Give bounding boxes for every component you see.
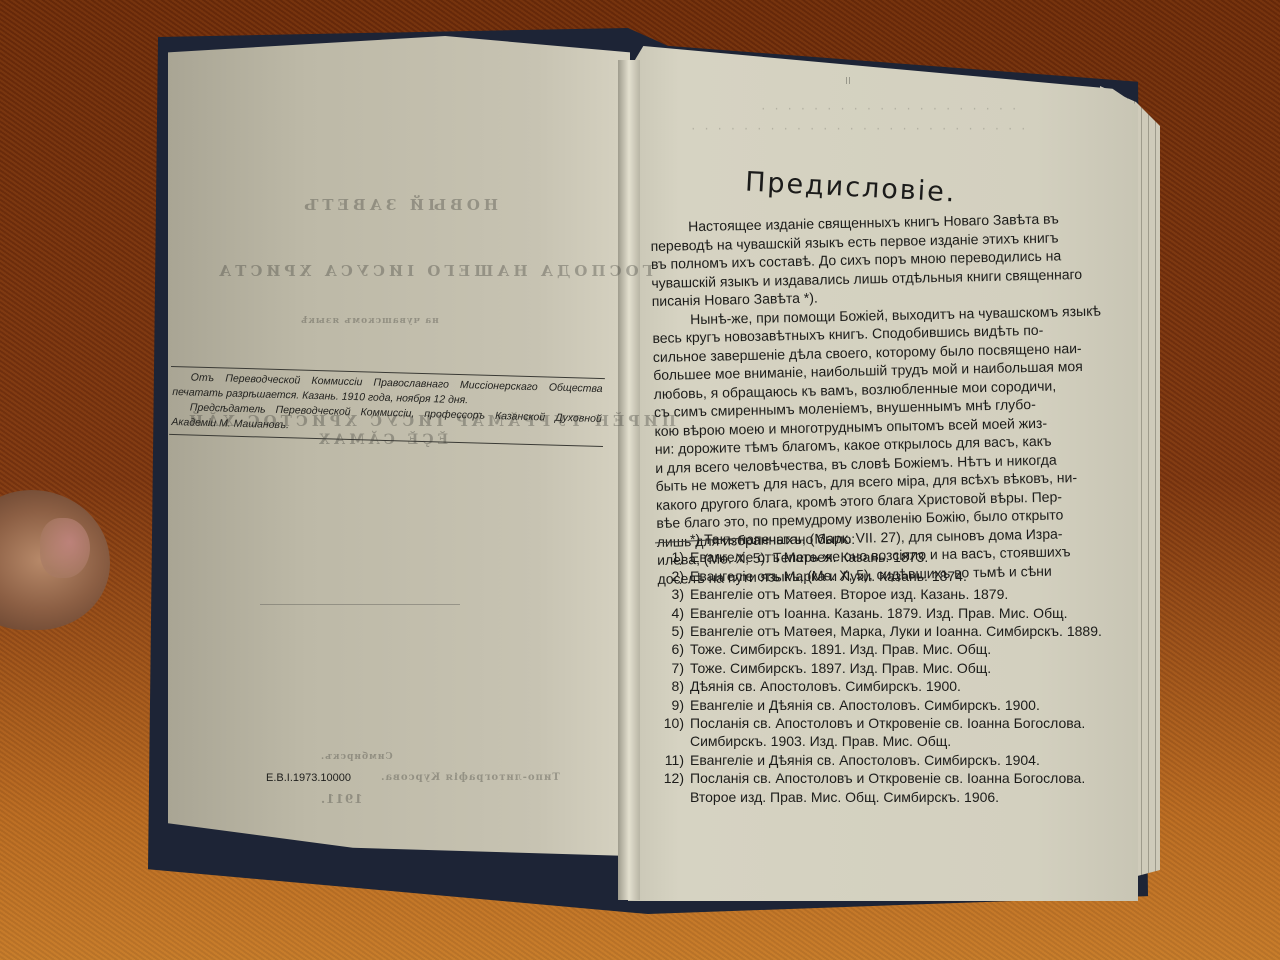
footnote-text: Посланія св. Апостоловъ и Откровеніе св.… <box>690 769 1130 806</box>
running-head: II <box>845 76 851 87</box>
faint-title-line2: ГОСПОДА НАШЕГО ІИСУСА ХРИСТА <box>215 262 653 280</box>
footnote-item: 2)Евангеліе отъ Марка и Луки. Казань. 18… <box>660 567 1130 585</box>
footnote-text: Дѣянія св. Апостоловъ. Симбирскъ. 1900. <box>690 677 1130 695</box>
footnote-number: 6) <box>660 640 690 658</box>
book-gutter <box>618 60 640 900</box>
footnote-text: Евангеліе отъ Марка и Луки. Казань. 1874… <box>690 567 1130 585</box>
footnote-text: Посланія св. Апостоловъ и Откровеніе св.… <box>690 714 1130 751</box>
footnote-item: 5)Евангеліе отъ Матѳея, Марка, Луки и Іо… <box>660 622 1130 640</box>
library-stamp: E.B.I.1973.10000 <box>266 772 351 784</box>
faint-title-line1: НОВЫЙ ЗАВЕТЪ <box>300 196 498 214</box>
footnote-text: Евангеліе отъ Матѳея. Казань. 1873. <box>690 548 1130 566</box>
footnote-text: Евангеліе и Дѣянія св. Апостоловъ. Симби… <box>690 696 1130 714</box>
footnote-item: 1)Евангеліе отъ Матѳея. Казань. 1873. <box>660 548 1130 566</box>
footnote-item: 7)Тоже. Симбирскъ. 1897. Изд. Прав. Мис.… <box>660 659 1130 677</box>
footnote-number: 11) <box>660 751 690 769</box>
footnote-item: 4)Евангеліе отъ Іоанна. Казань. 1879. Из… <box>660 604 1130 622</box>
footnote-number: 2) <box>660 567 690 585</box>
footnote-number: 7) <box>660 659 690 677</box>
footnote-text: Тоже. Симбирскъ. 1891. Изд. Прав. Мис. О… <box>690 640 1130 658</box>
footnote-item: 10)Посланія св. Апостоловъ и Откровеніе … <box>660 714 1130 751</box>
footnote-item: 12)Посланія св. Апостоловъ и Откровеніе … <box>660 769 1130 806</box>
footnote-item: 9)Евангеліе и Дѣянія св. Апостоловъ. Сим… <box>660 696 1130 714</box>
footnote-text: Евангеліе и Дѣянія св. Апостоловъ. Симби… <box>690 751 1130 769</box>
printing-permission-block: Отъ Переводческой Коммиссіи Православнаг… <box>169 366 605 447</box>
footnote-text: Тоже. Симбирскъ. 1897. Изд. Прав. Мис. О… <box>690 659 1130 677</box>
footnote-text: Евангеліе отъ Матѳея, Марка, Луки и Іоан… <box>690 622 1130 640</box>
faint-imprint-city: Симбирскъ. <box>320 752 393 762</box>
faint-imprint-year: 1911. <box>320 792 363 806</box>
footnote-number: 5) <box>660 622 690 640</box>
footnote-number: 1) <box>660 548 690 566</box>
faint-subtitle: на чувашскомъ языкѣ <box>300 316 439 326</box>
footnote-number: 8) <box>660 677 690 695</box>
footnote-number: 12) <box>660 769 690 806</box>
ornament-divider <box>260 604 460 615</box>
bleed-through-text: · · · · · · · · · · · · · · · · · · · · <box>760 104 1017 116</box>
footnote-item: 6)Тоже. Симбирскъ. 1891. Изд. Прав. Мис.… <box>660 640 1130 658</box>
footnote-text: Евангеліе отъ Матѳея. Второе изд. Казань… <box>690 585 1130 603</box>
footnote-heading: *) Такъ напечатано было: <box>660 530 1130 548</box>
bleed-through-text: · · · · · · · · · · · · · · · · · · · · … <box>690 124 1027 136</box>
footnote-item: 8)Дѣянія св. Апостоловъ. Симбирскъ. 1900… <box>660 677 1130 695</box>
footnote-number: 3) <box>660 585 690 603</box>
thumbnail <box>40 518 90 578</box>
footnote-text: Евангеліе отъ Іоанна. Казань. 1879. Изд.… <box>690 604 1130 622</box>
faint-imprint-press: Типо-литографія Курсова. <box>380 772 560 783</box>
footnote-number: 10) <box>660 714 690 751</box>
footnote-number: 4) <box>660 604 690 622</box>
footnote-item: 11)Евангеліе и Дѣянія св. Апостоловъ. Си… <box>660 751 1130 769</box>
footnote-number: 9) <box>660 696 690 714</box>
footnote-list: *) Такъ напечатано было: 1)Евангеліе отъ… <box>660 530 1130 806</box>
footnote-item: 3)Евангеліе отъ Матѳея. Второе изд. Каза… <box>660 585 1130 603</box>
